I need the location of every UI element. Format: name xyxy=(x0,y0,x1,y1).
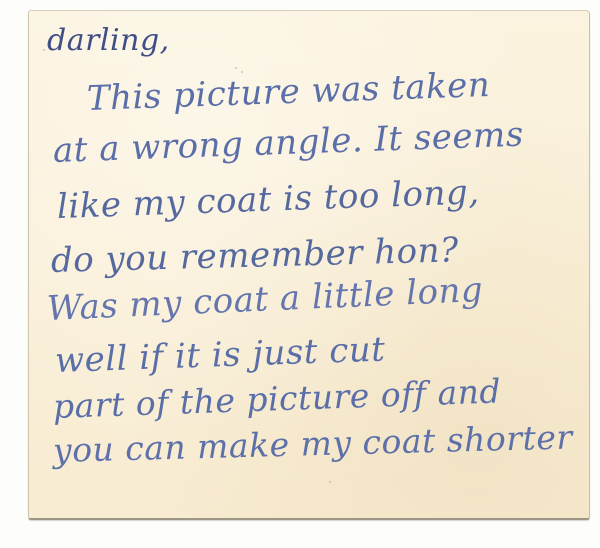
scan-background: darling, This picture was taken at a wro… xyxy=(0,0,600,548)
paper-speck xyxy=(43,49,45,51)
note-line-1: This picture was taken xyxy=(86,65,490,119)
note-salutation: darling, xyxy=(47,23,170,58)
handwritten-note-card: darling, This picture was taken at a wro… xyxy=(28,10,590,520)
note-line-8: you can make my coat shorter xyxy=(52,417,573,470)
paper-speck xyxy=(329,481,331,483)
note-line-2: at a wrong angle. It seems xyxy=(52,115,524,171)
paper-speck xyxy=(235,67,237,69)
note-line-3: like my coat is too long, xyxy=(56,172,480,227)
note-line-6: well if it is just cut xyxy=(54,329,386,381)
note-line-7: part of the picture off and xyxy=(52,371,501,426)
